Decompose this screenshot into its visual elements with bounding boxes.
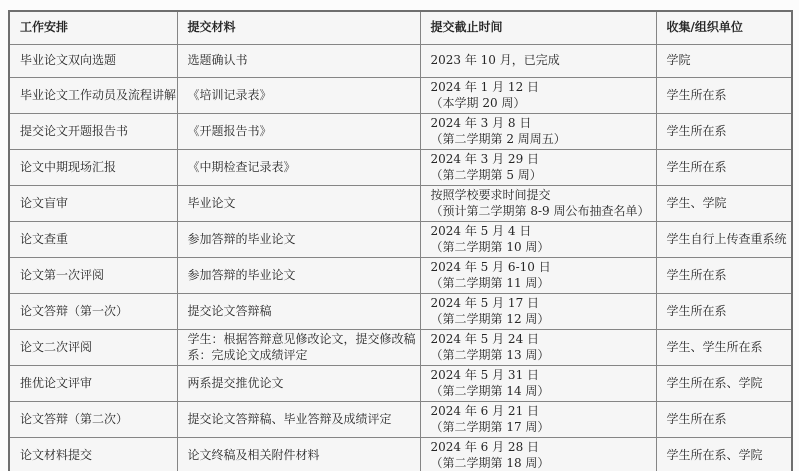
cell-line: 学生、学生所在系	[667, 340, 782, 356]
cell-deadline: 2024 年 3 月 29 日（第二学期第 5 周）	[420, 150, 656, 186]
cell-line: 学生所在系、学院	[667, 448, 782, 464]
cell-deadline: 2024 年 6 月 21 日（第二学期第 17 周）	[420, 402, 656, 438]
cell-unit: 学生所在系	[656, 258, 792, 294]
table-row: 毕业论文双向选题选题确认书2023 年 10 月，已完成学院	[9, 45, 792, 78]
cell-line: 论文答辩（第二次）	[20, 412, 167, 428]
cell-line: 学生、学院	[667, 196, 782, 212]
cell-deadline: 2024 年 3 月 8 日（第二学期第 2 周周五）	[420, 114, 656, 150]
cell-materials: 《培训记录表》	[177, 78, 420, 114]
cell-materials: 毕业论文	[177, 186, 420, 222]
cell-line: 参加答辩的毕业论文	[188, 268, 410, 284]
cell-line: 提交论文答辩稿	[188, 304, 410, 320]
cell-materials: 参加答辩的毕业论文	[177, 222, 420, 258]
cell-task: 毕业论文双向选题	[9, 45, 177, 78]
cell-line: 《中期检查记录表》	[188, 160, 410, 176]
table-row: 毕业论文工作动员及流程讲解《培训记录表》2024 年 1 月 12 日（本学期 …	[9, 78, 792, 114]
cell-line: 系：完成论文成绩评定	[188, 348, 410, 364]
cell-line: 论文中期现场汇报	[20, 160, 167, 176]
cell-line: 学院	[667, 53, 782, 69]
cell-line: （第二学期第 12 周）	[431, 312, 646, 328]
table-body: 毕业论文双向选题选题确认书2023 年 10 月，已完成学院毕业论文工作动员及流…	[9, 45, 792, 471]
cell-line: 2024 年 5 月 4 日	[431, 224, 646, 240]
cell-materials: 提交论文答辩稿、毕业答辩及成绩评定	[177, 402, 420, 438]
cell-line: 《培训记录表》	[188, 88, 410, 104]
table-header: 工作安排 提交材料 提交截止时间 收集/组织单位	[9, 11, 792, 45]
cell-deadline: 2024 年 5 月 31 日（第二学期第 14 周）	[420, 366, 656, 402]
cell-task: 论文查重	[9, 222, 177, 258]
cell-line: 2024 年 3 月 29 日	[431, 152, 646, 168]
cell-line: （第二学期第 18 周）	[431, 456, 646, 471]
cell-unit: 学生自行上传查重系统	[656, 222, 792, 258]
cell-line: 论文材料提交	[20, 448, 167, 464]
cell-line: 学生自行上传查重系统	[667, 232, 782, 248]
cell-unit: 学院	[656, 45, 792, 78]
cell-materials: 《中期检查记录表》	[177, 150, 420, 186]
cell-line: 论文第一次评阅	[20, 268, 167, 284]
cell-deadline: 2023 年 10 月，已完成	[420, 45, 656, 78]
cell-line: 学生所在系	[667, 124, 782, 140]
cell-line: 2024 年 5 月 6-10 日	[431, 260, 646, 276]
cell-task: 论文第一次评阅	[9, 258, 177, 294]
cell-task: 论文答辩（第一次）	[9, 294, 177, 330]
cell-line: 论文二次评阅	[20, 340, 167, 356]
thesis-schedule-table: 工作安排 提交材料 提交截止时间 收集/组织单位 毕业论文双向选题选题确认书20…	[8, 10, 793, 471]
cell-line: （第二学期第 11 周）	[431, 276, 646, 292]
cell-line: 学生所在系	[667, 88, 782, 104]
cell-unit: 学生所在系、学院	[656, 438, 792, 471]
cell-line: 选题确认书	[188, 53, 410, 69]
cell-line: 学生所在系	[667, 304, 782, 320]
cell-unit: 学生所在系	[656, 114, 792, 150]
cell-deadline: 2024 年 1 月 12 日（本学期 20 周）	[420, 78, 656, 114]
cell-line: 2024 年 5 月 31 日	[431, 368, 646, 384]
table-row: 论文答辩（第二次）提交论文答辩稿、毕业答辩及成绩评定2024 年 6 月 21 …	[9, 402, 792, 438]
column-header-unit: 收集/组织单位	[656, 11, 792, 45]
cell-deadline: 按照学校要求时间提交（预计第二学期第 8-9 周公布抽查名单）	[420, 186, 656, 222]
cell-line: 毕业论文	[188, 196, 410, 212]
cell-line: 学生所在系	[667, 268, 782, 284]
table-row: 提交论文开题报告书《开题报告书》2024 年 3 月 8 日（第二学期第 2 周…	[9, 114, 792, 150]
cell-unit: 学生所在系、学院	[656, 366, 792, 402]
cell-line: 按照学校要求时间提交	[431, 188, 646, 204]
cell-line: 毕业论文双向选题	[20, 53, 167, 69]
cell-line: 2024 年 3 月 8 日	[431, 116, 646, 132]
cell-line: 2024 年 5 月 24 日	[431, 332, 646, 348]
cell-task: 论文答辩（第二次）	[9, 402, 177, 438]
cell-line: 提交论文答辩稿、毕业答辩及成绩评定	[188, 412, 410, 428]
cell-line: （第二学期第 14 周）	[431, 384, 646, 400]
cell-unit: 学生、学院	[656, 186, 792, 222]
cell-task: 论文材料提交	[9, 438, 177, 471]
cell-task: 提交论文开题报告书	[9, 114, 177, 150]
cell-line: 毕业论文工作动员及流程讲解	[20, 88, 167, 104]
cell-deadline: 2024 年 5 月 24 日（第二学期第 13 周）	[420, 330, 656, 366]
cell-deadline: 2024 年 5 月 6-10 日（第二学期第 11 周）	[420, 258, 656, 294]
cell-task: 论文二次评阅	[9, 330, 177, 366]
cell-deadline: 2024 年 6 月 28 日（第二学期第 18 周）	[420, 438, 656, 471]
cell-task: 毕业论文工作动员及流程讲解	[9, 78, 177, 114]
header-row: 工作安排 提交材料 提交截止时间 收集/组织单位	[9, 11, 792, 45]
cell-line: 《开题报告书》	[188, 124, 410, 140]
cell-line: 推优论文评审	[20, 376, 167, 392]
cell-line: 论文答辩（第一次）	[20, 304, 167, 320]
cell-materials: 选题确认书	[177, 45, 420, 78]
cell-task: 论文中期现场汇报	[9, 150, 177, 186]
cell-line: 学生所在系	[667, 412, 782, 428]
cell-deadline: 2024 年 5 月 17 日（第二学期第 12 周）	[420, 294, 656, 330]
cell-materials: 学生：根据答辩意见修改论文，提交修改稿系：完成论文成绩评定	[177, 330, 420, 366]
table-row: 推优论文评审两系提交推优论文2024 年 5 月 31 日（第二学期第 14 周…	[9, 366, 792, 402]
cell-line: （第二学期第 2 周周五）	[431, 132, 646, 148]
cell-unit: 学生所在系	[656, 150, 792, 186]
cell-line: （本学期 20 周）	[431, 96, 646, 112]
cell-line: （第二学期第 5 周）	[431, 168, 646, 184]
cell-line: 论文盲审	[20, 196, 167, 212]
column-header-task: 工作安排	[9, 11, 177, 45]
column-header-materials: 提交材料	[177, 11, 420, 45]
cell-line: 学生所在系	[667, 160, 782, 176]
cell-unit: 学生所在系	[656, 78, 792, 114]
cell-unit: 学生所在系	[656, 402, 792, 438]
table-row: 论文盲审毕业论文按照学校要求时间提交（预计第二学期第 8-9 周公布抽查名单）学…	[9, 186, 792, 222]
cell-line: （预计第二学期第 8-9 周公布抽查名单）	[431, 204, 646, 220]
cell-line: 参加答辩的毕业论文	[188, 232, 410, 248]
cell-line: 提交论文开题报告书	[20, 124, 167, 140]
column-header-deadline: 提交截止时间	[420, 11, 656, 45]
cell-materials: 参加答辩的毕业论文	[177, 258, 420, 294]
table-row: 论文中期现场汇报《中期检查记录表》2024 年 3 月 29 日（第二学期第 5…	[9, 150, 792, 186]
table-row: 论文第一次评阅参加答辩的毕业论文2024 年 5 月 6-10 日（第二学期第 …	[9, 258, 792, 294]
cell-materials: 论文终稿及相关附件材料	[177, 438, 420, 471]
cell-line: （第二学期第 10 周）	[431, 240, 646, 256]
table-row: 论文答辩（第一次）提交论文答辩稿2024 年 5 月 17 日（第二学期第 12…	[9, 294, 792, 330]
cell-line: 2024 年 6 月 21 日	[431, 404, 646, 420]
table-row: 论文材料提交论文终稿及相关附件材料2024 年 6 月 28 日（第二学期第 1…	[9, 438, 792, 471]
cell-materials: 《开题报告书》	[177, 114, 420, 150]
cell-line: 学生所在系、学院	[667, 376, 782, 392]
cell-line: 论文查重	[20, 232, 167, 248]
cell-deadline: 2024 年 5 月 4 日（第二学期第 10 周）	[420, 222, 656, 258]
cell-line: 2023 年 10 月，已完成	[431, 53, 646, 69]
cell-line: 2024 年 1 月 12 日	[431, 80, 646, 96]
cell-line: 两系提交推优论文	[188, 376, 410, 392]
table-row: 论文查重参加答辩的毕业论文2024 年 5 月 4 日（第二学期第 10 周）学…	[9, 222, 792, 258]
cell-task: 论文盲审	[9, 186, 177, 222]
cell-line: 2024 年 6 月 28 日	[431, 440, 646, 456]
cell-unit: 学生所在系	[656, 294, 792, 330]
cell-line: 学生：根据答辩意见修改论文，提交修改稿	[188, 332, 410, 348]
cell-unit: 学生、学生所在系	[656, 330, 792, 366]
cell-line: 论文终稿及相关附件材料	[188, 448, 410, 464]
table-row: 论文二次评阅学生：根据答辩意见修改论文，提交修改稿系：完成论文成绩评定2024 …	[9, 330, 792, 366]
cell-materials: 提交论文答辩稿	[177, 294, 420, 330]
cell-line: 2024 年 5 月 17 日	[431, 296, 646, 312]
cell-materials: 两系提交推优论文	[177, 366, 420, 402]
document-page: 工作安排 提交材料 提交截止时间 收集/组织单位 毕业论文双向选题选题确认书20…	[0, 0, 799, 471]
cell-task: 推优论文评审	[9, 366, 177, 402]
cell-line: （第二学期第 13 周）	[431, 348, 646, 364]
cell-line: （第二学期第 17 周）	[431, 420, 646, 436]
